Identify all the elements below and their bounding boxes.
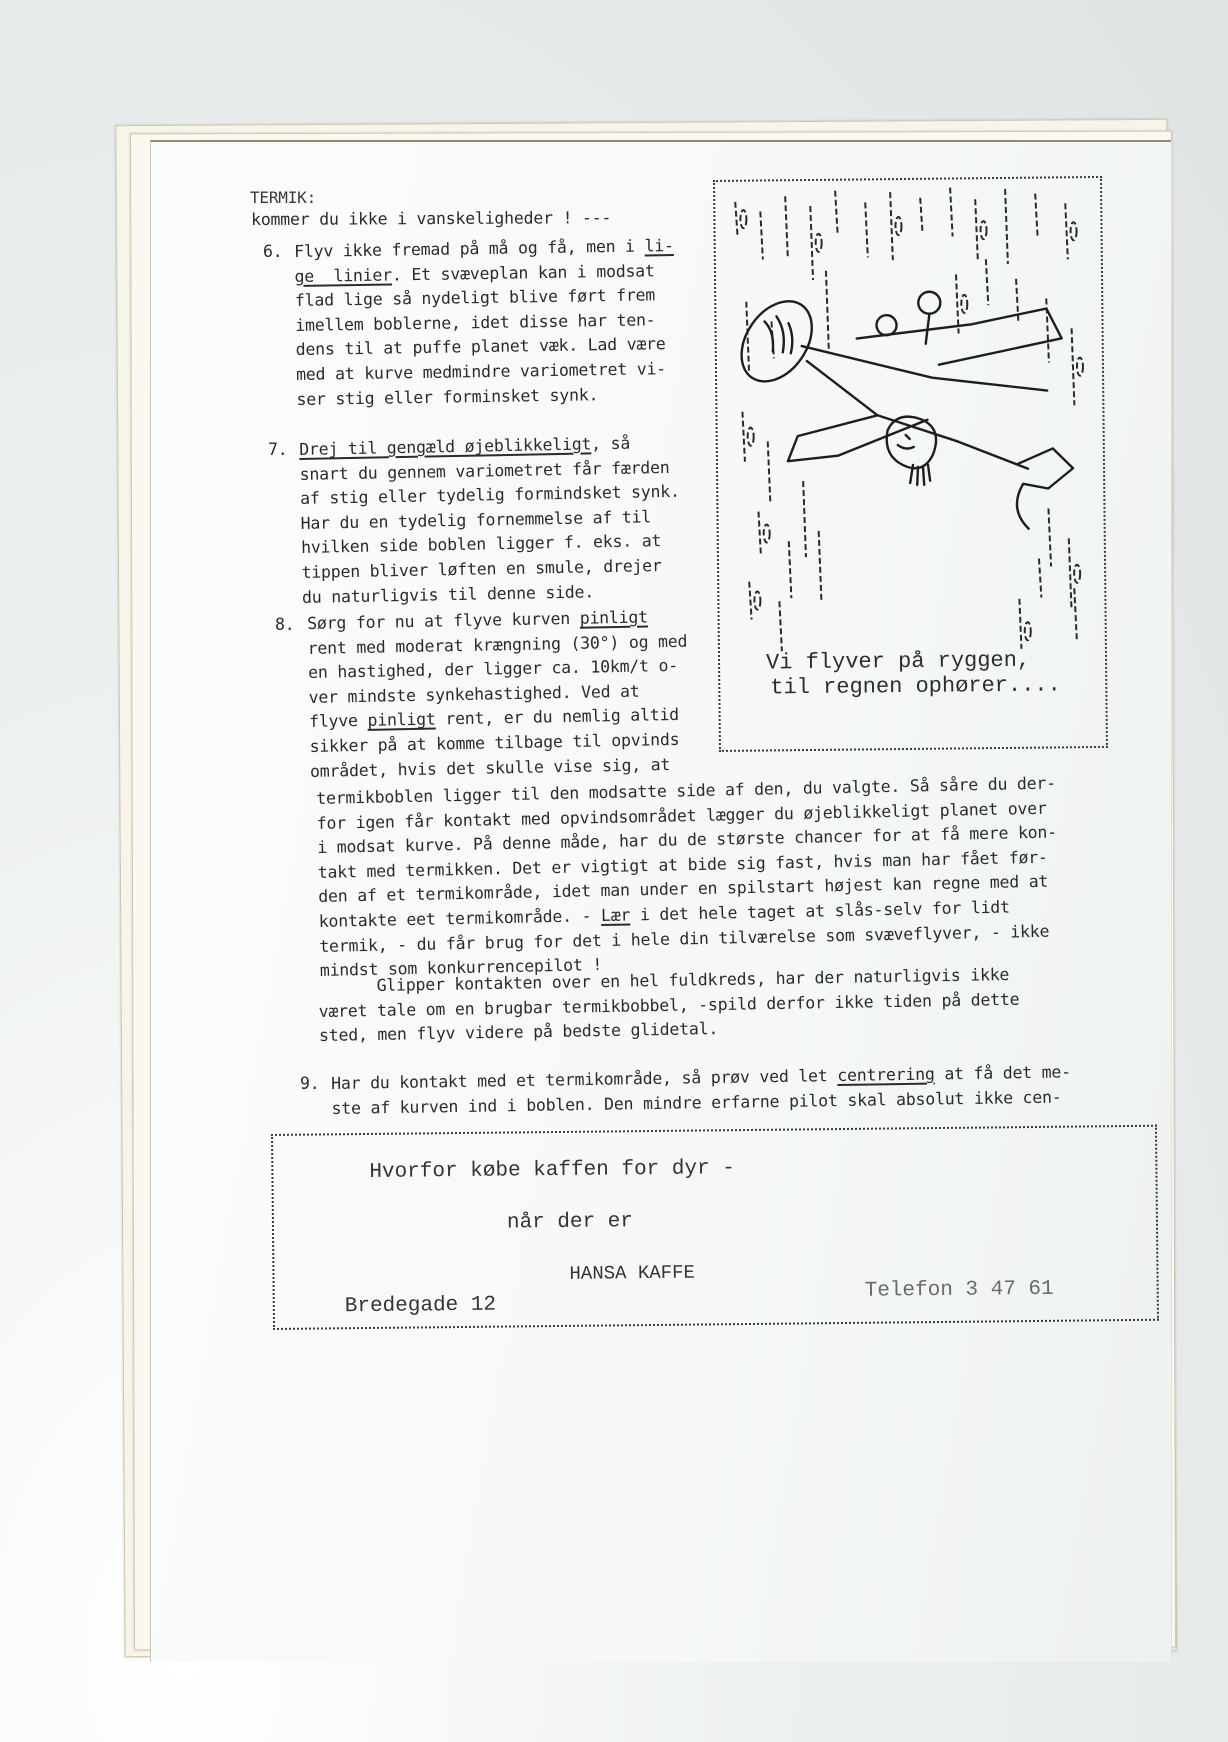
ad-address: Bredegade 12 <box>345 1294 496 1319</box>
ad-phone: Telefon 3 47 61 <box>865 1278 1054 1303</box>
item-number: 9. <box>300 1072 319 1097</box>
ad-brand: HANSA KAFFE <box>569 1262 695 1285</box>
advertisement-box: Hvorfor købe kaffen for dyr - når der er… <box>271 1125 1159 1330</box>
intro-line: kommer du ikke i vanskeligheder ! --- <box>251 206 611 232</box>
ad-headline: Hvorfor købe kaffen for dyr - <box>369 1157 735 1184</box>
cartoon-caption-line-2: til regnen ophører.... <box>770 673 1061 700</box>
item-number: 7. <box>268 438 287 463</box>
upside-down-glider-rain-illustration <box>715 178 1105 652</box>
ad-subline: når der er <box>507 1210 633 1234</box>
item-number: 8. <box>275 613 294 638</box>
cartoon-frame: Vi flyver på ryggen, til regnen ophører.… <box>713 176 1108 752</box>
cartoon-caption-line-1: Vi flyver på ryggen, <box>766 649 1030 676</box>
item-number: 6. <box>263 240 282 265</box>
